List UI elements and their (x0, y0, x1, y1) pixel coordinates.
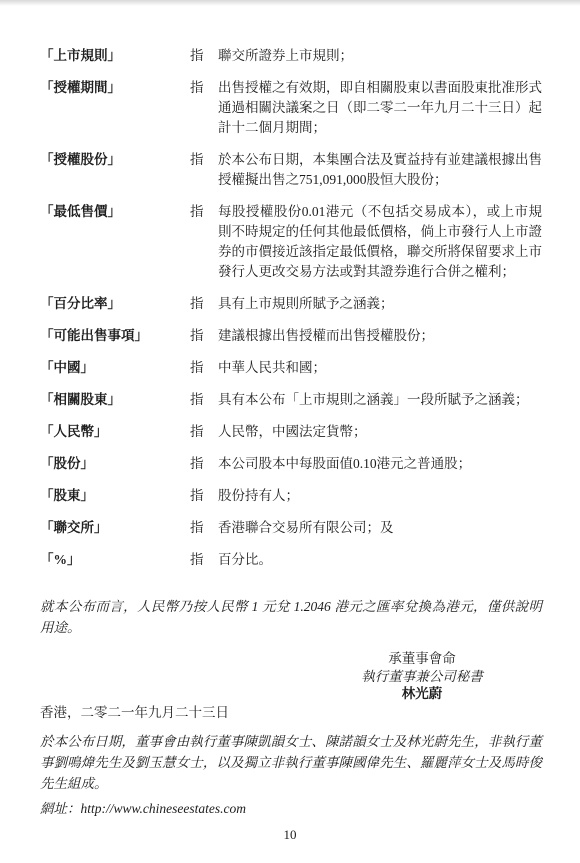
definition-term: 「股東」 (40, 486, 190, 506)
definition-text: 百分比。 (218, 550, 542, 570)
ref-label: 指 (190, 326, 218, 346)
ref-label: 指 (190, 390, 218, 410)
definition-row: 「相關股東」 指 具有本公布「上市規則之涵義」一段所賦予之涵義； (40, 390, 542, 410)
definition-text: 股份持有人； (218, 486, 542, 506)
definition-text: 具有上市規則所賦予之涵義； (218, 294, 542, 314)
page-number: 10 (0, 827, 580, 843)
ref-label: 指 (190, 202, 218, 282)
ref-label: 指 (190, 518, 218, 538)
definition-row: 「股份」 指 本公司股本中每股面值0.10港元之普通股； (40, 454, 542, 474)
definition-row: 「上市規則」 指 聯交所證券上市規則； (40, 46, 542, 66)
definitions-section: 「上市規則」 指 聯交所證券上市規則； 「授權期間」 指 出售授權之有效期，即自… (0, 6, 580, 819)
definition-text: 香港聯合交易所有限公司；及 (218, 518, 542, 538)
definition-text: 出售授權之有效期，即自相關股東以書面股東批准形式通過相關決議案之日（即二零二一年… (218, 78, 542, 138)
definition-text: 具有本公布「上市規則之涵義」一段所賦予之涵義； (218, 390, 542, 410)
definition-row: 「授權期間」 指 出售授權之有效期，即自相關股東以書面股東批准形式通過相關決議案… (40, 78, 542, 138)
definition-row: 「人民幣」 指 人民幣，中國法定貨幣； (40, 422, 542, 442)
definition-row: 「最低售價」 指 每股授權股份0.01港元（不包括交易成本），或上市規則不時規定… (40, 202, 542, 282)
definition-row: 「%」 指 百分比。 (40, 550, 542, 570)
signatory-name: 林光蔚 (336, 685, 508, 703)
definition-term: 「人民幣」 (40, 422, 190, 442)
definition-row: 「股東」 指 股份持有人； (40, 486, 542, 506)
ref-label: 指 (190, 358, 218, 378)
ref-label: 指 (190, 46, 218, 66)
ref-label: 指 (190, 550, 218, 570)
dateline: 香港，二零二一年九月二十三日 (40, 703, 542, 723)
ref-label: 指 (190, 486, 218, 506)
signature-block: 承董事會命 執行董事兼公司秘書 林光蔚 (336, 650, 508, 703)
ref-label: 指 (190, 78, 218, 138)
definition-term: 「相關股東」 (40, 390, 190, 410)
definition-text: 人民幣，中國法定貨幣； (218, 422, 542, 442)
definition-term: 「股份」 (40, 454, 190, 474)
ref-label: 指 (190, 454, 218, 474)
by-order-of-board: 承董事會命 (336, 650, 508, 668)
definition-text: 本公司股本中每股面值0.10港元之普通股； (218, 454, 542, 474)
exchange-rate-note: 就本公布而言，人民幣乃按人民幣 1 元兌 1.2046 港元之匯率兌換為港元，僅… (40, 596, 542, 638)
definition-term: 「可能出售事項」 (40, 326, 190, 346)
definition-term: 「授權期間」 (40, 78, 190, 138)
definition-term: 「最低售價」 (40, 202, 190, 282)
definition-term: 「%」 (40, 550, 190, 570)
definition-row: 「可能出售事項」 指 建議根據出售授權而出售授權股份； (40, 326, 542, 346)
board-composition-note: 於本公布日期，董事會由執行董事陳凱韻女士、陳諾韻女士及林光蔚先生，非執行董事劉鳴… (40, 731, 542, 794)
definition-text: 於本公布日期，本集團合法及實益持有並建議根據出售授權擬出售之751,091,00… (218, 150, 542, 190)
signatory-title: 執行董事兼公司秘書 (336, 668, 508, 686)
definition-text: 中華人民共和國； (218, 358, 542, 378)
definition-text: 建議根據出售授權而出售授權股份； (218, 326, 542, 346)
definition-row: 「中國」 指 中華人民共和國； (40, 358, 542, 378)
ref-label: 指 (190, 150, 218, 190)
document-page: 「上市規則」 指 聯交所證券上市規則； 「授權期間」 指 出售授權之有效期，即自… (0, 0, 580, 863)
definition-term: 「授權股份」 (40, 150, 190, 190)
definition-text: 每股授權股份0.01港元（不包括交易成本），或上市規則不時規定的任何其他最低價格… (218, 202, 542, 282)
definition-term: 「百分比率」 (40, 294, 190, 314)
definition-term: 「中國」 (40, 358, 190, 378)
website-line: 網址：http://www.chineseestates.com (40, 799, 542, 819)
definition-row: 「百分比率」 指 具有上市規則所賦予之涵義； (40, 294, 542, 314)
definition-row: 「聯交所」 指 香港聯合交易所有限公司；及 (40, 518, 542, 538)
definition-row: 「授權股份」 指 於本公布日期，本集團合法及實益持有並建議根據出售授權擬出售之7… (40, 150, 542, 190)
ref-label: 指 (190, 294, 218, 314)
definition-text: 聯交所證券上市規則； (218, 46, 542, 66)
ref-label: 指 (190, 422, 218, 442)
definition-term: 「上市規則」 (40, 46, 190, 66)
definition-term: 「聯交所」 (40, 518, 190, 538)
